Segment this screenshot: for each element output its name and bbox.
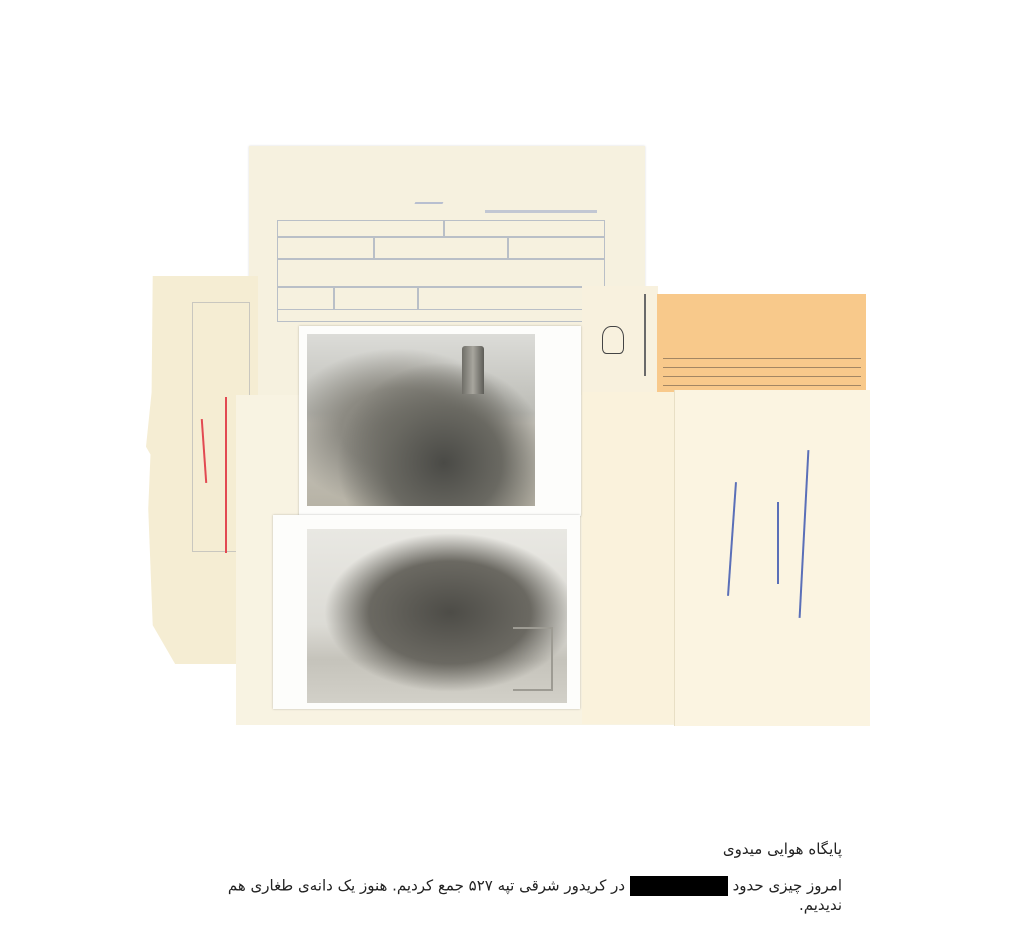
handwriting-line [663,385,861,386]
orange-note-document [657,294,866,392]
caption-text-start: امروز چیزی حدود [733,877,842,895]
redaction-bar [630,876,728,896]
red-annotation-stroke [225,397,227,553]
form-table [277,220,603,320]
form-header-line [485,210,597,213]
red-annotation-stroke [201,419,207,483]
handwriting-line [663,376,861,377]
caption-title: پایگاه هوایی میدوی [182,840,842,858]
blue-handwriting-stroke [727,482,737,596]
photo-group-portrait [273,515,580,709]
middle-strip-document [582,388,678,724]
photo-image [307,529,567,703]
emblem-letterhead-document [582,286,658,392]
blue-handwriting-stroke [777,502,779,584]
blue-handwriting-stroke [799,450,810,618]
handwriting-line [663,367,861,368]
photo-soldiers-on-vehicle [299,326,581,516]
letterhead-text [644,294,656,376]
bleacher-structure [513,627,553,691]
photo-image [307,334,535,506]
form-title-handwriting [414,176,455,204]
blue-ink-note-document [674,390,870,726]
handwriting-line [663,358,861,359]
caption-body: امروز چیزی حدود در کریدور شرقی تپه ۵۲۷ ج… [182,876,842,914]
vehicle-exhaust-stack [462,346,484,394]
emblem-icon [602,326,624,354]
